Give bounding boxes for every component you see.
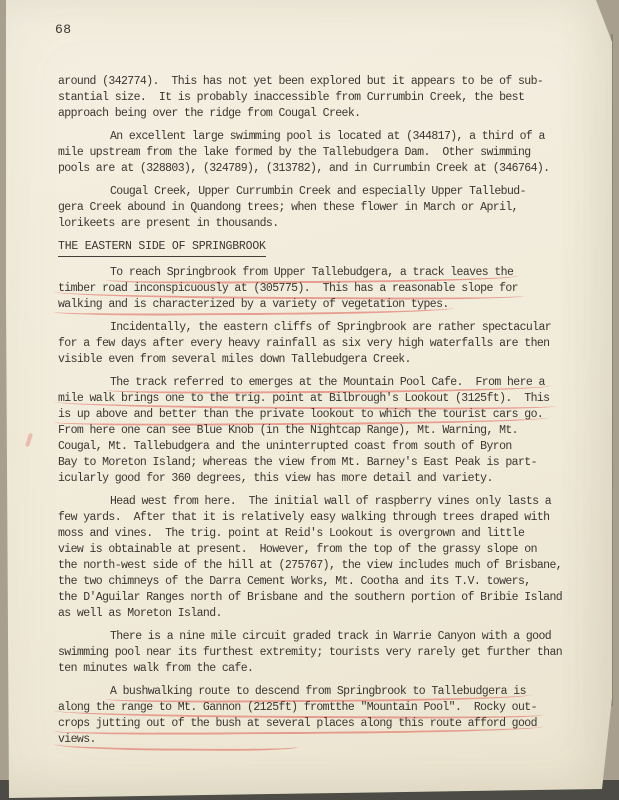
stray-pencil-mark bbox=[25, 433, 33, 448]
page-content: around (342774). This has not yet been e… bbox=[58, 74, 595, 755]
paragraph: An excellent large swimming pool is loca… bbox=[58, 129, 595, 177]
text-line: icularly good for 360 degrees, this view… bbox=[58, 471, 493, 487]
text-line: moss and vines. The trig. point at Reid'… bbox=[58, 526, 524, 542]
text-line: lorikeets are present in thousands. bbox=[58, 216, 279, 232]
text-line: Cougal, Mt. Tallebudgera and the uninter… bbox=[58, 439, 512, 455]
text-line: ten minutes walk from the cafe. bbox=[58, 661, 253, 677]
text-line-red-underlined: walking and is characterized by a variet… bbox=[58, 297, 449, 313]
paragraph: The track referred to emerges at the Mou… bbox=[58, 375, 595, 487]
text-line-red-underlined: A bushwalking route to descend from Spri… bbox=[110, 684, 526, 700]
paragraph: To reach Springbrook from Upper Tallebud… bbox=[58, 265, 595, 313]
text-line: visible even from several miles down Tal… bbox=[58, 352, 411, 368]
text-line: as well as Moreton Island. bbox=[58, 606, 222, 622]
text-line-red-underlined: To reach Springbrook from Upper Tallebud… bbox=[110, 265, 513, 281]
text-line-red-underlined: timber road inconspicuously at (305775).… bbox=[58, 281, 518, 297]
text-line-red-underlined: crops jutting out of the bush at several… bbox=[58, 716, 537, 732]
text-line: Head west from here. The initial wall of… bbox=[110, 494, 551, 510]
text-line: From here one can see Blue Knob (in the … bbox=[58, 423, 518, 439]
document-page: 68 around (342774). This has not yet bee… bbox=[0, 0, 619, 800]
text-line-red-underlined: The track referred to emerges at the Mou… bbox=[110, 375, 545, 391]
scanned-document: { "doc": { "page_number": "68", "heading… bbox=[0, 0, 619, 800]
text-line-red-underlined: along the range to Mt. Gannon (2125ft) f… bbox=[58, 700, 537, 716]
text-line: An excellent large swimming pool is loca… bbox=[110, 129, 545, 145]
page-number: 68 bbox=[55, 22, 72, 37]
paragraph: Incidentally, the eastern cliffs of Spri… bbox=[58, 320, 595, 368]
paragraph: Cougal Creek, Upper Currumbin Creek and … bbox=[58, 184, 595, 232]
text-line: pools are at (328803), (324789), (313782… bbox=[58, 161, 550, 177]
text-line-red-underlined: mile walk brings one to the trig. point … bbox=[58, 391, 550, 407]
text-line: mile upstream from the lake formed by th… bbox=[58, 145, 531, 161]
text-line: the two chimneys of the Darra Cement Wor… bbox=[58, 574, 531, 590]
paragraph: Head west from here. The initial wall of… bbox=[58, 494, 595, 622]
paragraph: around (342774). This has not yet been e… bbox=[58, 74, 595, 122]
paragraph: A bushwalking route to descend from Spri… bbox=[58, 684, 595, 748]
section-heading: THE EASTERN SIDE OF SPRINGBROOK bbox=[58, 239, 266, 257]
paragraph: There is a nine mile circuit graded trac… bbox=[58, 629, 595, 677]
text-line: Incidentally, the eastern cliffs of Spri… bbox=[110, 320, 551, 336]
text-line: swimming pool near its furthest extremit… bbox=[58, 645, 562, 661]
text-line: view is obtainable at present. However, … bbox=[58, 542, 537, 558]
text-line-red-underlined: is up above and better than the private … bbox=[58, 407, 543, 423]
text-line: few yards. After that it is relatively e… bbox=[58, 510, 550, 526]
text-line: around (342774). This has not yet been e… bbox=[58, 74, 543, 90]
text-line: approach being over the ridge from Couga… bbox=[58, 106, 360, 122]
text-line: Bay to Moreton Island; whereas the view … bbox=[58, 455, 537, 471]
text-line: gera Creek abound in Quandong trees; whe… bbox=[58, 200, 518, 216]
text-line: There is a nine mile circuit graded trac… bbox=[110, 629, 551, 645]
text-line-red-underlined: views. bbox=[58, 732, 96, 748]
text-line: the north-west side of the hill at (2757… bbox=[58, 558, 562, 574]
text-line: the D'Aguilar Ranges north of Brisbane a… bbox=[58, 590, 562, 606]
text-line: for a few days after every heavy rainfal… bbox=[58, 336, 550, 352]
text-line: Cougal Creek, Upper Currumbin Creek and … bbox=[110, 184, 526, 200]
text-line: stantial size. It is probably inaccessib… bbox=[58, 90, 524, 106]
